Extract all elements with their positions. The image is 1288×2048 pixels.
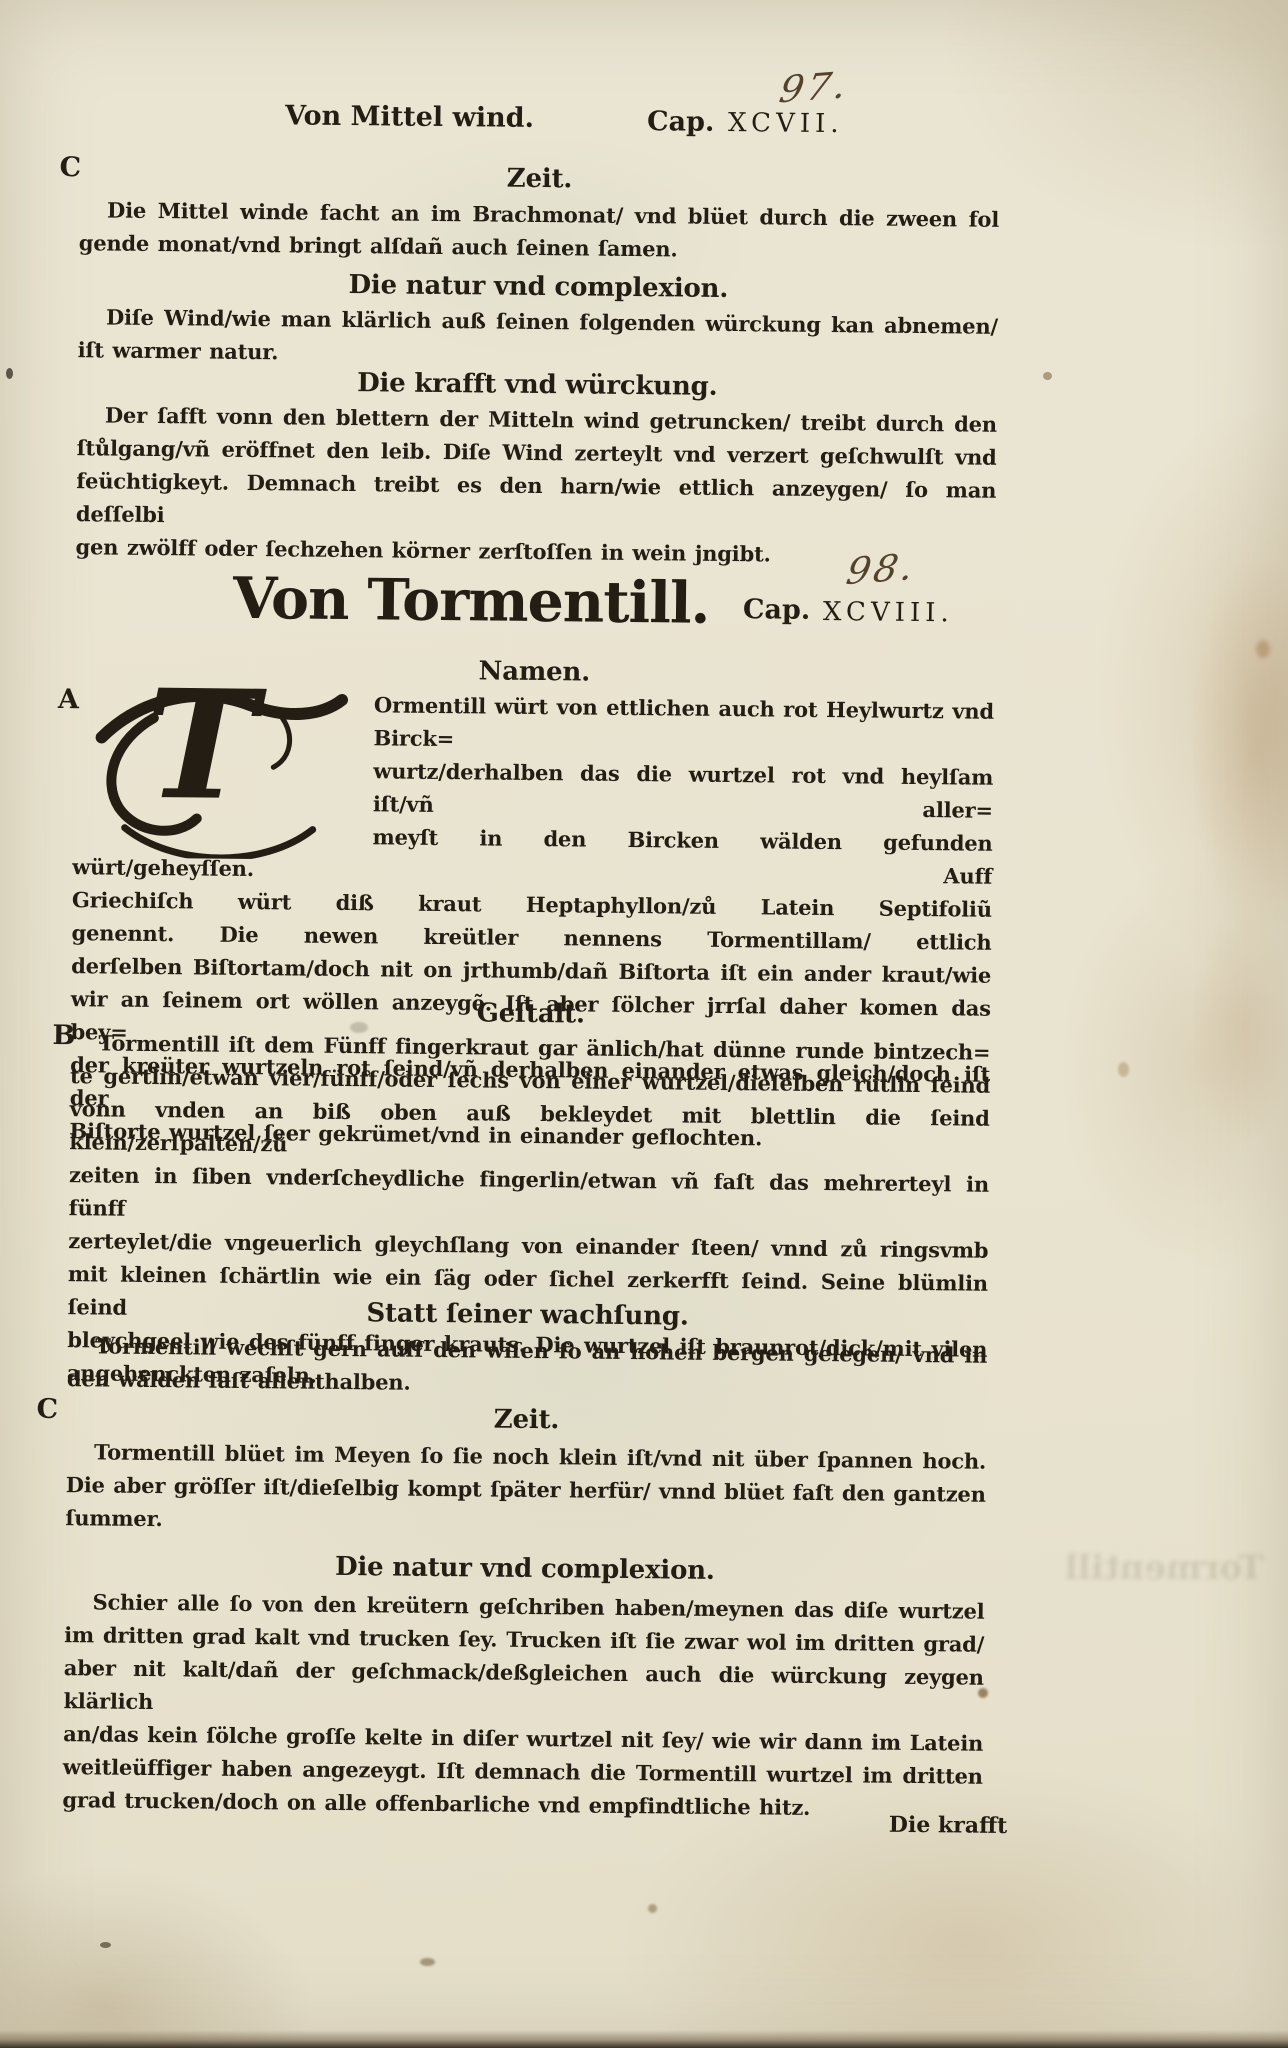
running-header-title: Von Mittel wind. — [285, 100, 534, 134]
stain — [1256, 640, 1270, 658]
running-header: Von Mittel wind. Cap. XCVII. 97. — [80, 98, 1001, 168]
chapter-title: Von Tormentill. — [233, 553, 710, 650]
stain — [6, 368, 13, 379]
text-line: zeiten in ſiben vnderſcheydliche fingerl… — [69, 1158, 990, 1234]
margin-letter-c: C — [59, 153, 81, 183]
text-line: feüchtigkeyt. Demnach treibt es den harn… — [76, 464, 997, 540]
text-line: aber nit kalt/dañ der geſchmack/deßgleic… — [63, 1651, 984, 1727]
scanned-book-page: Tormentill Von Mittel wind. Cap. XCVII. … — [0, 0, 1288, 2048]
drop-cap-box: T — [72, 685, 374, 853]
handwritten-folio-number: 98. — [843, 547, 919, 592]
paragraph-zeit-2: Tormentill blüet im Meyen ſo ſie noch kl… — [65, 1435, 986, 1544]
chapter-label: Cap. — [647, 106, 715, 138]
chapter-numeral: XCVII. — [728, 108, 844, 139]
drop-cap-initial: T — [145, 670, 258, 821]
stain — [1043, 372, 1052, 380]
text-line: vonn vnden an biß oben auß bekleydet mit… — [69, 1092, 990, 1168]
chapter-label: Cap. — [743, 594, 811, 626]
paragraph-natur-2: Schier alle ſo von den kreütern geſchrib… — [62, 1585, 984, 1826]
section-heading-natur-2: Die natur vnd complexion. — [65, 1547, 985, 1591]
text-column: Von Mittel wind. Cap. XCVII. 97. C Zeit.… — [60, 0, 1001, 2048]
paragraph-zeit: Die Mittel winde facht an im Brachmonat/… — [79, 193, 1000, 269]
chapter-numeral: XCVIII. — [823, 597, 954, 628]
section-heading-zeit-2: Zeit. — [66, 1398, 986, 1442]
margin-letter-c: C — [36, 1395, 58, 1425]
bleed-through-text: Tormentill — [1065, 1548, 1264, 1588]
handwritten-folio-number: 97. — [776, 65, 852, 110]
stain — [1118, 1062, 1129, 1077]
paragraph-wachsung: Tormentill wechſt gern auff den wiſen ſo… — [67, 1329, 988, 1405]
paragraph-krafft: Der ſafft vonn den blettern der Mitteln … — [75, 398, 997, 573]
